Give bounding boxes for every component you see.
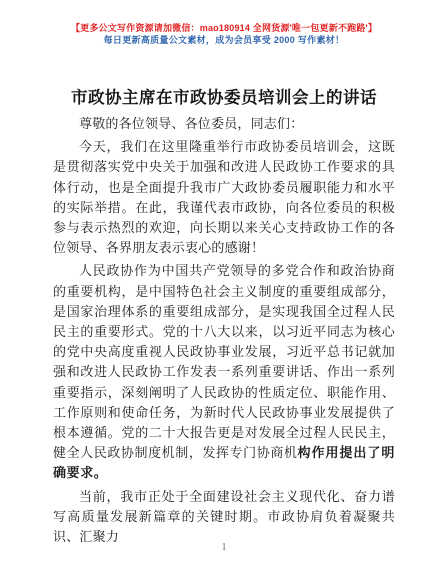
document-page: 【更多公文写作资源请加微信：mao180914 全网货源'唯一包更新不跑路'】 … bbox=[0, 0, 448, 580]
document-title: 市政协主席在市政协委员培训会上的讲话 bbox=[0, 86, 448, 110]
paragraph-text: 当前，我市正处于全面建设社会主义现代化、奋力谱写高质量发展新篇章的关键时期。市政… bbox=[53, 489, 395, 544]
document-body: 尊敬的各位领导、各位委员，同志们： 今天，我们在这里隆重举行市政协委员培训会，这… bbox=[53, 114, 395, 550]
paragraph: 今天，我们在这里隆重举行市政协委员培训会，这既是贯彻落实党中央关于加强和改进人民… bbox=[53, 137, 395, 258]
salutation: 尊敬的各位领导、各位委员，同志们： bbox=[53, 114, 395, 134]
paragraph-text: 人民政协作为中国共产党领导的多党合作和政治协商的重要机构，是中国特色社会主义制度… bbox=[53, 263, 395, 460]
ad-banner-line1: 【更多公文写作资源请加微信：mao180914 全网货源'唯一包更新不跑路'】 bbox=[0, 22, 448, 34]
paragraph: 人民政协作为中国共产党领导的多党合作和政治协商的重要机构，是中国特色社会主义制度… bbox=[53, 261, 395, 483]
ad-banner: 【更多公文写作资源请加微信：mao180914 全网货源'唯一包更新不跑路'】 … bbox=[0, 22, 448, 46]
paragraph: 当前，我市正处于全面建设社会主义现代化、奋力谱写高质量发展新篇章的关键时期。市政… bbox=[53, 487, 395, 548]
ad-banner-line2: 每日更新高质量公文素材，成为会员享受 2000 写作素材！ bbox=[0, 34, 448, 46]
page-number: 1 bbox=[0, 542, 448, 553]
paragraph-text: 今天，我们在这里隆重举行市政协委员培训会，这既是贯彻落实党中央关于加强和改进人民… bbox=[53, 139, 395, 255]
